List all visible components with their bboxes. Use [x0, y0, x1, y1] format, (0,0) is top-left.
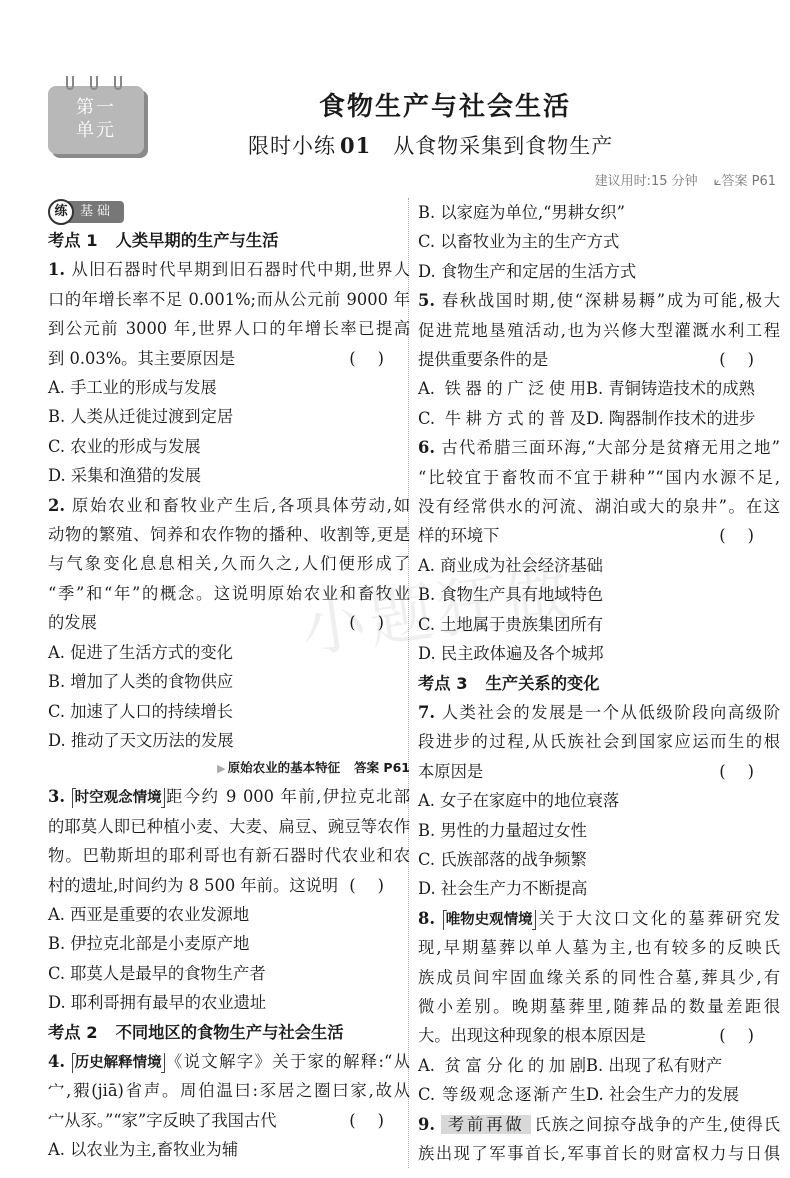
option-b[interactable]: B. 伊拉克北部是小麦原产地	[48, 929, 410, 958]
context-tag: 唯物史观情境	[443, 910, 536, 930]
option-c[interactable]: C. 土地属于贵族集团所有	[418, 610, 780, 639]
question-4: 4. 历史解释情境《说文解字》关于家的解释:“从 宀,豭(jiā)省声。周伯温曰…	[48, 1047, 410, 1165]
option-c[interactable]: C. 等级观念逐渐产生	[418, 1080, 586, 1109]
option-a[interactable]: A. 手工业的形成与发展	[48, 373, 410, 402]
question-6: 6. 古代希腊三面环海,“大部分是贫瘠无用之地” “比较宜于畜牧而不宜于耕种”“…	[418, 433, 780, 668]
left-column: 练 基础 考点 1人类早期的生产与生活 1. 从旧石器时代早期到旧石器时代中期,…	[48, 198, 410, 1165]
exercise-meta: 建议用时:15 分钟⟀答案 P61	[595, 170, 776, 189]
option-a[interactable]: A. 女子在家庭中的地位衰落	[418, 786, 780, 815]
exercise-number: 01	[340, 133, 371, 158]
option-a[interactable]: A. 铁器的广泛使用	[418, 374, 586, 403]
option-b[interactable]: B. 青铜铸造技术的成熟	[586, 374, 755, 403]
question-3: 3. 时空观念情境距今约 9 000 年前,伊拉克北部 的耶莫人即已种植小麦、大…	[48, 782, 410, 1017]
option-a[interactable]: A. 促进了生活方式的变化	[48, 638, 410, 667]
option-b[interactable]: B. 以家庭为单位,“男耕女织”	[418, 198, 780, 227]
right-column: B. 以家庭为单位,“男耕女织” C. 以畜牧业为主的生产方式 D. 食物生产和…	[418, 198, 780, 1168]
answer-reference[interactable]: ⟀答案 P61	[714, 174, 776, 189]
option-c[interactable]: C. 农业的形成与发展	[48, 432, 410, 461]
exercise-topic: 从食物采集到食物生产	[393, 134, 613, 158]
option-d[interactable]: D. 耶利哥拥有最早的农业遗址	[48, 988, 410, 1017]
triangle-right-icon: ▶	[217, 762, 225, 775]
exercise-title: 限时小练01从食物采集到食物生产	[248, 130, 613, 160]
option-d[interactable]: D. 民主政体遍及各个城邦	[418, 639, 780, 668]
answer-blank[interactable]: ()	[349, 871, 406, 900]
question-8: 8. 唯物史观情境关于大汶口文化的墓葬研究发 现,早期墓葬以单人墓为主,也有较多…	[418, 904, 780, 1110]
question-7: 7. 人类社会的发展是一个从低级阶段向高级阶 段进步的过程,从氏族社会到国家应运…	[418, 698, 780, 904]
page-title: 食物生产与社会生活	[0, 86, 790, 123]
answer-blank[interactable]: ()	[719, 521, 776, 550]
option-d[interactable]: D. 采集和渔猎的发展	[48, 461, 410, 490]
answer-blank[interactable]: ()	[719, 345, 776, 374]
option-b[interactable]: B. 食物生产具有地域特色	[418, 580, 780, 609]
question-2: 2. 原始农业和畜牧业产生后,各项具体劳动,如 动物的繁殖、饲养和农作物的播种、…	[48, 491, 410, 783]
answer-blank[interactable]: ()	[349, 1106, 406, 1135]
answer-blank[interactable]: ()	[349, 608, 406, 637]
option-c[interactable]: C. 以畜牧业为主的生产方式	[418, 227, 780, 256]
option-d[interactable]: D. 推动了天文历法的发展	[48, 726, 410, 755]
exercise-prefix: 限时小练	[248, 134, 336, 158]
question-4-continued: B. 以家庭为单位,“男耕女织” C. 以畜牧业为主的生产方式 D. 食物生产和…	[418, 198, 780, 286]
topic-heading-2: 考点 2不同地区的食物生产与社会生活	[48, 1018, 410, 1047]
option-a[interactable]: A. 以农业为主,畜牧业为辅	[48, 1135, 410, 1164]
option-a[interactable]: A. 西亚是重要的农业发源地	[48, 900, 410, 929]
option-d[interactable]: D. 社会生产力不断提高	[418, 874, 780, 903]
section-label: 基础	[66, 201, 124, 223]
context-tag: 历史解释情境	[72, 1053, 165, 1073]
option-b[interactable]: B. 男性的力量超过女性	[418, 816, 780, 845]
option-a[interactable]: A. 贫富分化的加剧	[418, 1051, 586, 1080]
answer-blank[interactable]: ()	[349, 344, 406, 373]
option-c[interactable]: C. 耶莫人是最早的食物生产者	[48, 959, 410, 988]
option-d[interactable]: D. 陶器制作技术的进步	[586, 404, 755, 433]
knowledge-hint: ▶原始农业的基本特征答案 P61	[48, 755, 410, 782]
option-d[interactable]: D. 食物生产和定居的生活方式	[418, 257, 780, 286]
topic-heading-3: 考点 3生产关系的变化	[418, 669, 780, 698]
practice-icon: 练	[48, 199, 74, 225]
option-b[interactable]: B. 出现了私有财产	[586, 1051, 722, 1080]
question-5: 5. 春秋战国时期,使“深耕易耨”成为可能,极大 促进荒地垦殖活动,也为兴修大型…	[418, 286, 780, 433]
suggested-time: 建议用时:15 分钟	[595, 174, 698, 189]
option-b[interactable]: B. 增加了人类的食物供应	[48, 667, 410, 696]
question-9: 9.考前再做氏族之间掠夺战争的产生,使得氏 族出现了军事首长,军事首长的财富权力…	[418, 1110, 780, 1169]
option-d[interactable]: D. 社会生产力的发展	[586, 1080, 739, 1109]
option-a[interactable]: A. 商业成为社会经济基础	[418, 551, 780, 580]
option-c[interactable]: C. 牛耕方式的普及	[418, 404, 586, 433]
option-b[interactable]: B. 人类从迁徙过渡到定居	[48, 402, 410, 431]
question-1: 1. 从旧石器时代早期到旧石器时代中期,世界人 口的年增长率不足 0.001%;…	[48, 255, 410, 490]
hint-answer-ref[interactable]: 答案 P61	[354, 760, 410, 775]
topic-heading-1: 考点 1人类早期的生产与生活	[48, 226, 410, 255]
review-tag: 考前再做	[441, 1115, 531, 1134]
section-tag-basic: 练 基础	[48, 198, 410, 226]
answer-blank[interactable]: ()	[719, 757, 776, 786]
answer-blank[interactable]: ()	[719, 1021, 776, 1050]
option-c[interactable]: C. 加速了人口的持续增长	[48, 697, 410, 726]
option-c[interactable]: C. 氏族部落的战争频繁	[418, 845, 780, 874]
context-tag: 时空观念情境	[72, 788, 165, 808]
